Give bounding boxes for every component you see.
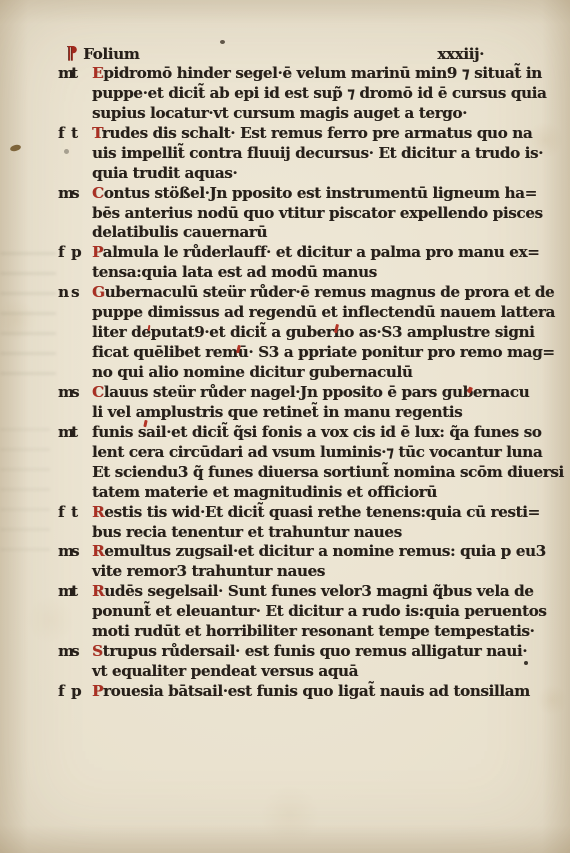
folio-number: xxxiij·: [437, 45, 484, 65]
declension-marker: [71, 622, 92, 642]
gender-marker: [58, 403, 71, 423]
entry-text: delatibulis cauernarū: [92, 223, 267, 243]
glossary-entry-first-line: msStrupus růdersail· est funis quo remus…: [58, 642, 510, 662]
entry-text-rest: ubernaculū steür růder·ē remus magnus de…: [105, 283, 555, 301]
entry-text: vt equaliter pendeat versus aquā: [92, 662, 358, 682]
rubricated-initial: R: [92, 503, 104, 521]
declension-marker: [71, 343, 92, 363]
rubricated-initial: S: [92, 642, 103, 660]
entry-text: ponunt̃ et eleuantur· Et dicitur a rudo …: [92, 602, 546, 622]
entry-text: bus recia tenentur et trahuntur naues: [92, 523, 402, 543]
book-page: ¶ Folium xxxiij· mtEpidromō hinder segel…: [0, 0, 570, 853]
glossary-entry-first-line: msContus stößel·Jn pposito est instrumen…: [58, 184, 510, 204]
entry-text: bēs anterius nodū quo vtitur piscator ex…: [92, 204, 543, 224]
glossary-entry-line: liter deputat9·et dicit̃ a guberno as·S3…: [58, 323, 510, 343]
glossary-entry-first-line: mtEpidromō hinder segel·ē velum marinū m…: [58, 64, 510, 84]
gender-marker: [58, 263, 71, 283]
rubricated-initial: P: [92, 682, 103, 700]
entry-text: no qui alio nomine dicitur gubernaculū: [92, 363, 412, 383]
rubricated-initial: T: [92, 124, 102, 142]
glossary-entry-first-line: msRemultus zugsail·et dicitur a nomine r…: [58, 542, 510, 562]
glossary-entry-line: puppe dimissus ad regendū et inflectendū…: [58, 303, 510, 323]
gender-marker: [58, 463, 71, 483]
entry-text-rest: emultus zugsail·et dicitur a nomine remu…: [104, 542, 546, 560]
glossary-entry-line: li vel amplustris que retinet̃ in manu r…: [58, 403, 510, 423]
verso-showthrough: [0, 428, 50, 558]
gender-marker: [58, 164, 71, 184]
entry-text-rest: rudes dis schalt· Est remus ferro pre ar…: [102, 124, 532, 142]
glossary-entry-first-line: mtfunis sail·et dicit̃ q̃si fonis a vox …: [58, 423, 510, 443]
gender-marker: [58, 662, 71, 682]
glossary-entry-line: bēs anterius nodū quo vtitur piscator ex…: [58, 204, 510, 224]
declension-marker: s: [71, 642, 92, 662]
entry-text: funis sail·et dicit̃ q̃si fonis a vox ci…: [92, 423, 541, 443]
declension-marker: [71, 84, 92, 104]
entry-text: uis impellit̃ contra fluuij decursus· Et…: [92, 144, 543, 164]
rubricated-initial: G: [92, 283, 105, 301]
declension-marker: t: [71, 124, 92, 144]
entry-text: puppe dimissus ad regendū et inflectendū…: [92, 303, 555, 323]
gender-marker: [58, 144, 71, 164]
entry-text: Trudes dis schalt· Est remus ferro pre a…: [92, 124, 532, 144]
rubricated-initial: R: [92, 542, 104, 560]
entry-text-rest: lauus steür růder nagel·Jn pposito ē par…: [104, 383, 530, 401]
entry-text: vite remor3 trahuntur naues: [92, 562, 325, 582]
declension-marker: [71, 403, 92, 423]
gender-marker: [58, 303, 71, 323]
declension-marker: [71, 443, 92, 463]
entry-text-rest: pidromō hinder segel·ē velum marinū min9…: [103, 64, 542, 82]
glossary-entry-line: delatibulis cauernarū: [58, 223, 510, 243]
gender-marker: [58, 204, 71, 224]
declension-marker: p: [71, 243, 92, 263]
page-title: Folium: [83, 45, 139, 65]
declension-marker: [71, 602, 92, 622]
glossary-entry-line: moti rudūt et horribiliter resonant temp…: [58, 622, 510, 642]
entry-text: Strupus růdersail· est funis quo remus a…: [92, 642, 527, 662]
glossary-entry-first-line: msClauus steür růder nagel·Jn pposito ē …: [58, 383, 510, 403]
entry-text-rest: rouesia bātsail·est funis quo ligat̃ nau…: [103, 682, 530, 700]
declension-marker: [71, 363, 92, 383]
declension-marker: t: [71, 423, 92, 443]
glossary-entry-line: tatem materie et magnitudinis et officio…: [58, 483, 510, 503]
glossary-entry-line: vt equaliter pendeat versus aquā: [58, 662, 510, 682]
text-block: ¶ Folium xxxiij· mtEpidromō hinder segel…: [58, 44, 510, 702]
glossary-entry-line: vite remor3 trahuntur naues: [58, 562, 510, 582]
gender-marker: m: [58, 423, 71, 443]
entry-text-rest: almula le růderlauff· et dicitur a palma…: [103, 243, 540, 261]
entry-text: Palmula le růderlauff· et dicitur a palm…: [92, 243, 539, 263]
gender-marker: m: [58, 184, 71, 204]
declension-marker: [71, 144, 92, 164]
entry-text: tensa:quia lata est ad modū manus: [92, 263, 377, 283]
gender-marker: [58, 104, 71, 124]
declension-marker: s: [71, 184, 92, 204]
entry-text: Gubernaculū steür růder·ē remus magnus d…: [92, 283, 554, 303]
rubricated-initial: C: [92, 184, 104, 202]
gender-marker: m: [58, 64, 71, 84]
entry-text-rest: ontus stößel·Jn pposito est instrumentū …: [104, 184, 537, 202]
glossary-entry-line: ponunt̃ et eleuantur· Et dicitur a rudo …: [58, 602, 510, 622]
glossary-entry-line: no qui alio nomine dicitur gubernaculū: [58, 363, 510, 383]
entry-text: liter deputat9·et dicit̃ a guberno as·S3…: [92, 323, 535, 343]
gender-marker: [58, 602, 71, 622]
gender-marker: m: [58, 582, 71, 602]
declension-marker: [71, 483, 92, 503]
rubricated-initial: R: [92, 582, 104, 600]
glossary-entry-line: supius locatur·vt cursum magis auget a t…: [58, 104, 510, 124]
entry-text: supius locatur·vt cursum magis auget a t…: [92, 104, 467, 124]
glossary-entry-line: Et sciendu3 q̃ funes diuersa sortiunt̃ n…: [58, 463, 510, 483]
declension-marker: [71, 562, 92, 582]
glossary-entry-line: uis impellit̃ contra fluuij decursus· Et…: [58, 144, 510, 164]
declension-marker: [71, 223, 92, 243]
glossary-entry-line: ficat quēlibet remū· S3 a ppriate ponitu…: [58, 343, 510, 363]
declension-marker: s: [71, 283, 92, 303]
gender-marker: [58, 562, 71, 582]
paper-speck: [9, 144, 21, 152]
verso-showthrough: [0, 252, 56, 392]
rubricated-initial: P: [92, 243, 103, 261]
gender-marker: m: [58, 383, 71, 403]
glossary-entry-line: puppe·et dicit̃ ab epi id est sup̃ ⁊ dro…: [58, 84, 510, 104]
entry-text: Prouesia bātsail·est funis quo ligat̃ na…: [92, 682, 530, 702]
gender-marker: [58, 343, 71, 363]
entry-text-rest: udēs segelsail· Sunt funes velor3 magni …: [104, 582, 533, 600]
declension-marker: [71, 164, 92, 184]
gender-marker: [58, 363, 71, 383]
declension-marker: s: [71, 383, 92, 403]
rubricated-initial: E: [92, 64, 103, 82]
gender-marker: f: [58, 682, 71, 702]
entry-text: Restis tis wid·Et dicit̃ quasi rethe ten…: [92, 503, 540, 523]
entry-text: moti rudūt et horribiliter resonant temp…: [92, 622, 534, 642]
entry-text: ficat quēlibet remū· S3 a ppriate ponitu…: [92, 343, 555, 363]
gender-marker: f: [58, 124, 71, 144]
entry-text: Et sciendu3 q̃ funes diuersa sortiunt̃ n…: [92, 463, 564, 483]
glossary-entry-first-line: fpPalmula le růderlauff· et dicitur a pa…: [58, 243, 510, 263]
entry-text: lent cera circūdari ad vsum luminis·⁊ tū…: [92, 443, 542, 463]
glossary-entry-line: quia trudit aquas·: [58, 164, 510, 184]
gender-marker: [58, 223, 71, 243]
declension-marker: [71, 204, 92, 224]
glossary-entry-first-line: mtRudēs segelsail· Sunt funes velor3 mag…: [58, 582, 510, 602]
gender-marker: n: [58, 283, 71, 303]
declension-marker: [71, 463, 92, 483]
gender-marker: [58, 323, 71, 343]
declension-marker: [71, 323, 92, 343]
gender-marker: m: [58, 642, 71, 662]
declension-marker: [71, 263, 92, 283]
entry-text: Rudēs segelsail· Sunt funes velor3 magni…: [92, 582, 534, 602]
entry-text: puppe·et dicit̃ ab epi id est sup̃ ⁊ dro…: [92, 84, 546, 104]
glossary-entry-first-line: nsGubernaculū steür růder·ē remus magnus…: [58, 283, 510, 303]
glossary-entry-first-line: ftTrudes dis schalt· Est remus ferro pre…: [58, 124, 510, 144]
declension-marker: [71, 662, 92, 682]
entry-text-rest: trupus růdersail· est funis quo remus al…: [103, 642, 528, 660]
page-header: ¶ Folium xxxiij·: [58, 44, 510, 64]
gender-marker: [58, 443, 71, 463]
declension-marker: [71, 523, 92, 543]
glossary-entry-line: bus recia tenentur et trahuntur naues: [58, 523, 510, 543]
gender-marker: [58, 622, 71, 642]
entry-text: li vel amplustris que retinet̃ in manu r…: [92, 403, 462, 423]
glossary-entry-line: tensa:quia lata est ad modū manus: [58, 263, 510, 283]
gender-marker: m: [58, 542, 71, 562]
declension-marker: p: [71, 682, 92, 702]
entry-text-rest: unis sail·et dicit̃ q̃si fonis a vox cis…: [98, 423, 541, 441]
entry-text: tatem materie et magnitudinis et officio…: [92, 483, 437, 503]
glossary-entry-line: lent cera circūdari ad vsum luminis·⁊ tū…: [58, 443, 510, 463]
declension-marker: [71, 303, 92, 323]
pilcrow-icon: ¶: [67, 44, 78, 64]
entry-text: Contus stößel·Jn pposito est instrumentū…: [92, 184, 537, 204]
gender-marker: f: [58, 503, 71, 523]
entry-text: Remultus zugsail·et dicitur a nomine rem…: [92, 542, 546, 562]
entry-text-rest: estis tis wid·Et dicit̃ quasi rethe tene…: [104, 503, 540, 521]
gender-marker: f: [58, 243, 71, 263]
declension-marker: t: [71, 64, 92, 84]
declension-marker: t: [71, 582, 92, 602]
entry-text: quia trudit aquas·: [92, 164, 237, 184]
glossary-entry-first-line: ftRestis tis wid·Et dicit̃ quasi rethe t…: [58, 503, 510, 523]
glossary-entry-first-line: fpProuesia bātsail·est funis quo ligat̃ …: [58, 682, 510, 702]
declension-marker: t: [71, 503, 92, 523]
gender-marker: [58, 523, 71, 543]
rubricated-initial: C: [92, 383, 104, 401]
declension-marker: s: [71, 542, 92, 562]
gender-marker: [58, 483, 71, 503]
glossary-entries: mtEpidromō hinder segel·ē velum marinū m…: [58, 64, 510, 702]
entry-text: Clauus steür růder nagel·Jn pposito ē pa…: [92, 383, 529, 403]
gender-marker: [58, 84, 71, 104]
entry-text: Epidromō hinder segel·ē velum marinū min…: [92, 64, 542, 84]
declension-marker: [71, 104, 92, 124]
